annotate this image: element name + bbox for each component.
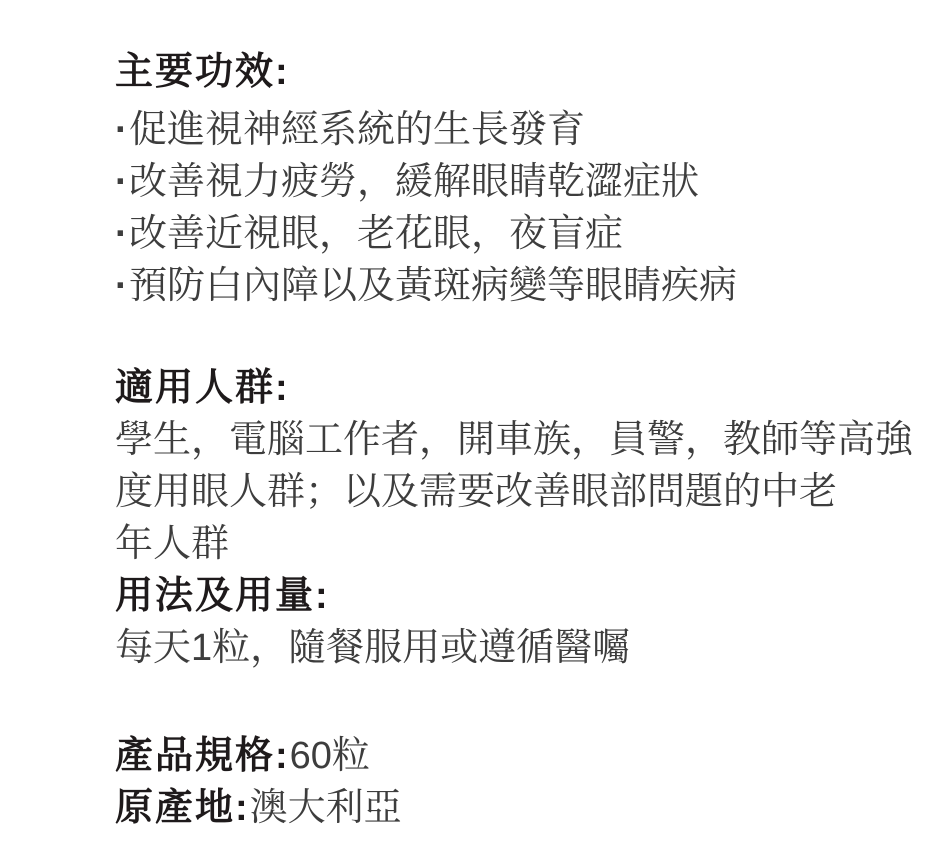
target-users-paragraph: 學生，電腦工作者，開車族，員警，教師等高強 度用眼人群；以及需要改善眼部問題的中… (115, 414, 882, 570)
list-item: ·預防白內障以及黃斑病變等眼睛疾病 (115, 260, 882, 312)
bullet-dot: · (115, 208, 129, 260)
spec-label: 產品規格: (115, 735, 290, 777)
usage-text: 每天1粒，隨餐服用或遵循醫囑 (115, 622, 882, 674)
bullet-dot: · (115, 156, 129, 208)
list-item-text: 改善視力疲勞，緩解眼睛乾澀症狀 (129, 161, 699, 203)
list-item: ·改善視力疲勞，緩解眼睛乾澀症狀 (115, 156, 882, 208)
section-heading-usage: 用法及用量: (115, 570, 882, 622)
section-heading-main-effects: 主要功效: (115, 46, 882, 98)
list-item: ·改善近視眼，老花眼，夜盲症 (115, 208, 882, 260)
text-line: 度用眼人群；以及需要改善眼部問題的中老 (115, 466, 882, 518)
list-item-text: 預防白內障以及黃斑病變等眼睛疾病 (129, 265, 737, 307)
spec-value: 澳大利亞 (250, 787, 402, 829)
product-description-page: 主要功效: ·促進視神經系統的生長發育 ·改善視力疲勞，緩解眼睛乾澀症狀 ·改善… (0, 0, 940, 867)
main-effects-list: ·促進視神經系統的生長發育 ·改善視力疲勞，緩解眼睛乾澀症狀 ·改善近視眼，老花… (115, 104, 882, 312)
product-description-content: 主要功效: ·促進視神經系統的生長發育 ·改善視力疲勞，緩解眼睛乾澀症狀 ·改善… (0, 0, 940, 834)
product-specs: 產品規格:60粒 原產地:澳大利亞 (115, 730, 882, 834)
list-item-text: 改善近視眼，老花眼，夜盲症 (129, 213, 623, 255)
text-line: 學生，電腦工作者，開車族，員警，教師等高強 (115, 414, 882, 466)
spec-value: 60粒 (290, 735, 370, 777)
text-line: 年人群 (115, 518, 882, 570)
spec-row-size: 產品規格:60粒 (115, 730, 882, 782)
section-heading-target-users: 適用人群: (115, 362, 882, 414)
list-item-text: 促進視神經系統的生長發育 (129, 109, 585, 151)
bullet-dot: · (115, 260, 129, 312)
list-item: ·促進視神經系統的生長發育 (115, 104, 882, 156)
spec-label: 原產地: (115, 787, 250, 829)
spec-row-origin: 原產地:澳大利亞 (115, 782, 882, 834)
bullet-dot: · (115, 104, 129, 156)
